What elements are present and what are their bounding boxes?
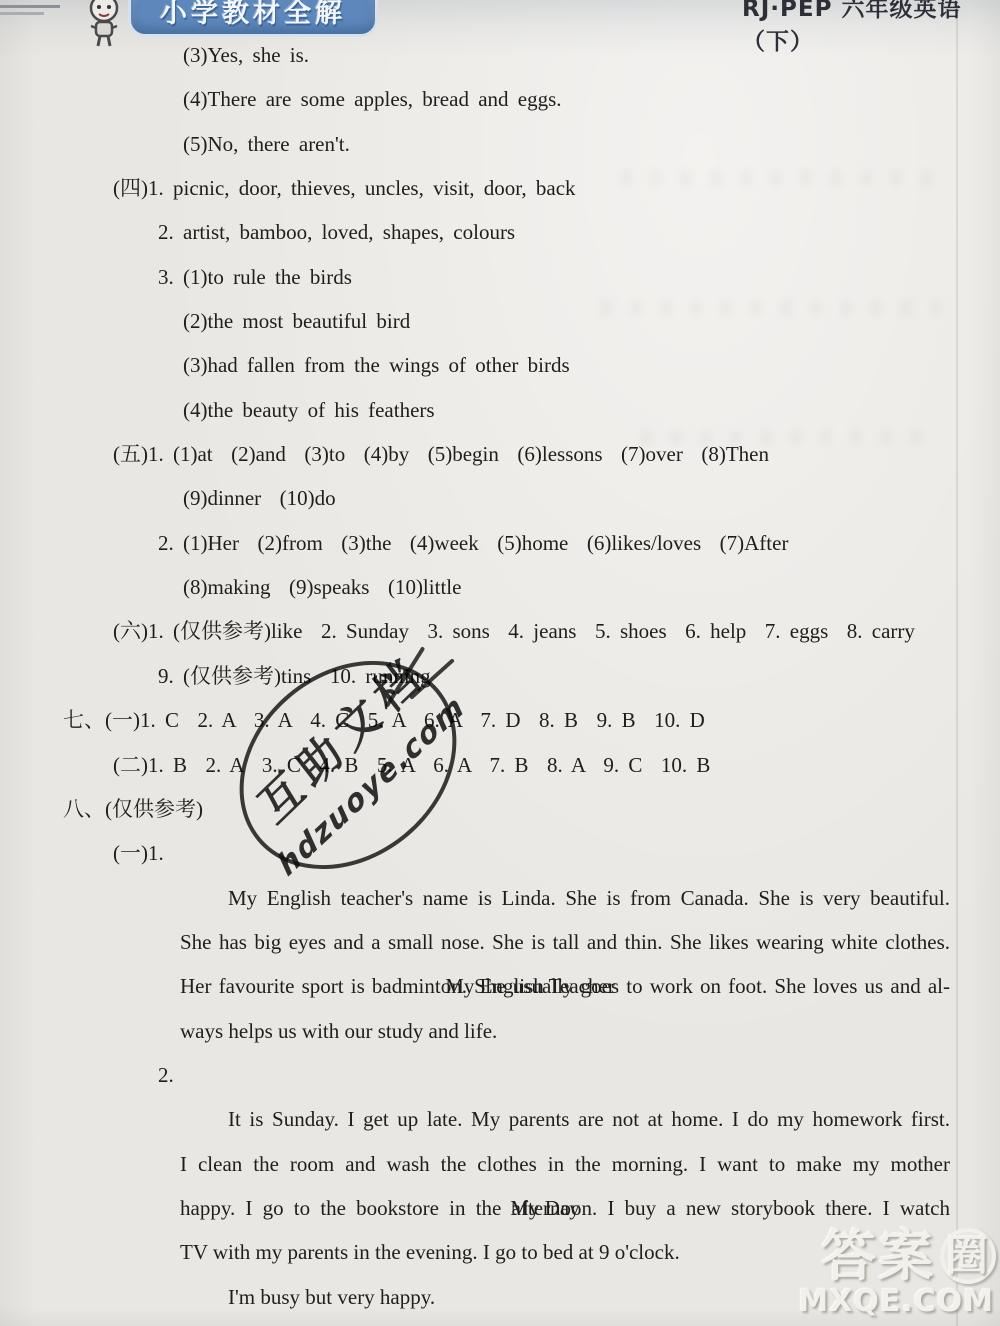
answer-content: (3)Yes, she is. (4)There are some apples… (0, 0, 1000, 1319)
composition1-line: My English teacher's name is Linda. She … (0, 876, 950, 920)
composition1-label: (一)1. (113, 831, 164, 875)
answer-line: (9)dinner (10)do (0, 476, 1000, 520)
composition2-line: It is Sunday. I get up late. My parents … (0, 1097, 950, 1141)
composition2-line: happy. I go to the bookstore in the afte… (0, 1186, 950, 1230)
answer-line: (四)1. picnic, door, thieves, uncles, vis… (0, 166, 1000, 210)
composition1-line: ways helps us with our study and life. (0, 1009, 1000, 1053)
composition2-label: 2. (158, 1053, 174, 1097)
composition2-line: TV with my parents in the evening. I go … (0, 1230, 1000, 1274)
answer-line: 2. artist, bamboo, loved, shapes, colour… (0, 210, 1000, 254)
answer-line: 9. (仅供参考)tins 10. running (0, 654, 1000, 698)
answer-line: (二)1. B 2. A 3. C 4. B 5. A 6. A 7. B 8.… (0, 743, 1000, 787)
composition1-line: She has big eyes and a small nose. She i… (0, 920, 950, 964)
answer-line: (8)making (9)speaks (10)little (0, 565, 1000, 609)
answer-line: 2. (1)Her (2)from (3)the (4)week (5)home… (0, 521, 1000, 565)
composition1-heading: (一)1. My English Teacher (0, 831, 1000, 875)
composition2-heading: 2. My Day (0, 1053, 1000, 1097)
answer-line: (4)There are some apples, bread and eggs… (0, 77, 1000, 121)
answer-line: (3)had fallen from the wings of other bi… (0, 343, 1000, 387)
answer-line: (六)1. (仅供参考)like 2. Sunday 3. sons 4. je… (0, 609, 1000, 653)
composition1-line: Her favourite sport is badminton. She us… (0, 964, 950, 1008)
answer-line: (4)the beauty of his feathers (0, 388, 1000, 432)
composition2-closing: I'm busy but very happy. (0, 1275, 1000, 1319)
answer-line: (5)No, there aren't. (0, 122, 1000, 166)
answer-line: 七、(一)1. C 2. A 3. A 4. C 5. A 6. A 7. D … (0, 698, 1000, 742)
answer-line: 八、(仅供参考) (0, 787, 1000, 831)
answer-line: 3. (1)to rule the birds (0, 255, 1000, 299)
composition2-line: I clean the room and wash the clothes in… (0, 1142, 950, 1186)
answer-line: (五)1. (1)at (2)and (3)to (4)by (5)begin … (0, 432, 1000, 476)
answer-line: (3)Yes, she is. (0, 33, 1000, 77)
answer-line: (2)the most beautiful bird (0, 299, 1000, 343)
